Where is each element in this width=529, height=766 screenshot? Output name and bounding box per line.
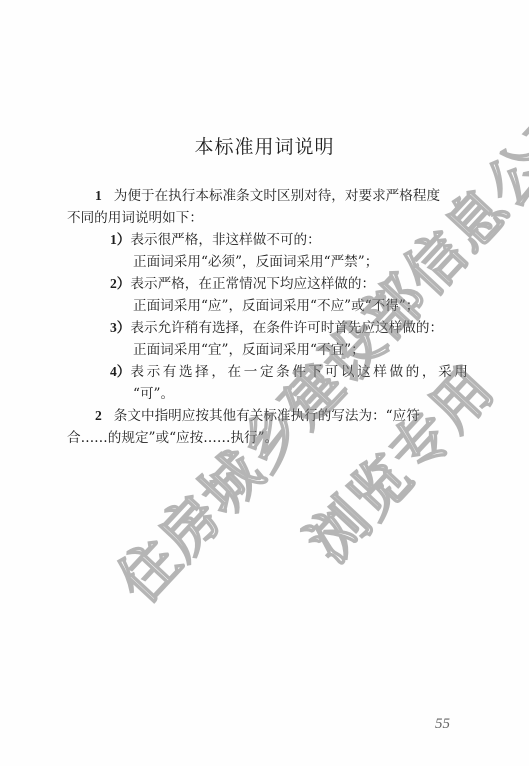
item-number: 2） [110,276,130,291]
item-2-usage: 正面词采用“应”，反面词采用“不应”或“不得”； [133,297,419,315]
item-4-description: 4）表示有选择，在一定条件下可以这样做的，采用 [110,363,470,381]
clause-2-line-1: 2条文中指明应按其他有关标准执行的写法为：“应符 [95,407,420,425]
item-1-usage: 正面词采用“必须”，反面词采用“严禁”； [133,253,378,271]
document-page: 本标准用词说明 1为便于在执行本标准条文时区别对待，对要求严格程度 不同的用词说… [0,0,529,766]
item-text: 表示很严格，非这样做不可的： [130,232,320,248]
clause-number: 2 [95,408,102,423]
item-1-description: 1）表示很严格，非这样做不可的： [110,231,321,249]
item-text: 表示允许稍有选择，在条件许可时首先应这样做的： [130,320,443,336]
item-text: 表示严格，在正常情况下均应这样做的： [130,276,375,292]
item-text: 表示有选择，在一定条件下可以这样做的，采用 [130,364,470,380]
item-number: 3） [110,320,130,335]
item-number: 4） [110,364,130,379]
clause-2-line-2: 合……的规定”或“应按……执行”。 [67,429,278,447]
page-title: 本标准用词说明 [0,132,529,159]
page-number: 55 [435,716,450,733]
item-3-description: 3）表示允许稍有选择，在条件许可时首先应这样做的： [110,319,443,337]
clause-1-line-1: 1为便于在执行本标准条文时区别对待，对要求严格程度 [95,187,440,205]
clause-text: 为便于在执行本标准条文时区别对待，对要求严格程度 [114,188,440,204]
item-2-description: 2）表示严格，在正常情况下均应这样做的： [110,275,375,293]
item-4-usage: “可”。 [133,385,174,403]
item-number: 1） [110,232,130,247]
clause-number: 1 [95,188,102,203]
clause-text: 条文中指明应按其他有关标准执行的写法为：“应符 [114,408,420,424]
item-3-usage: 正面词采用“宜”，反面词采用“不宜”； [133,341,365,359]
clause-1-line-2: 不同的用词说明如下： [67,209,203,227]
